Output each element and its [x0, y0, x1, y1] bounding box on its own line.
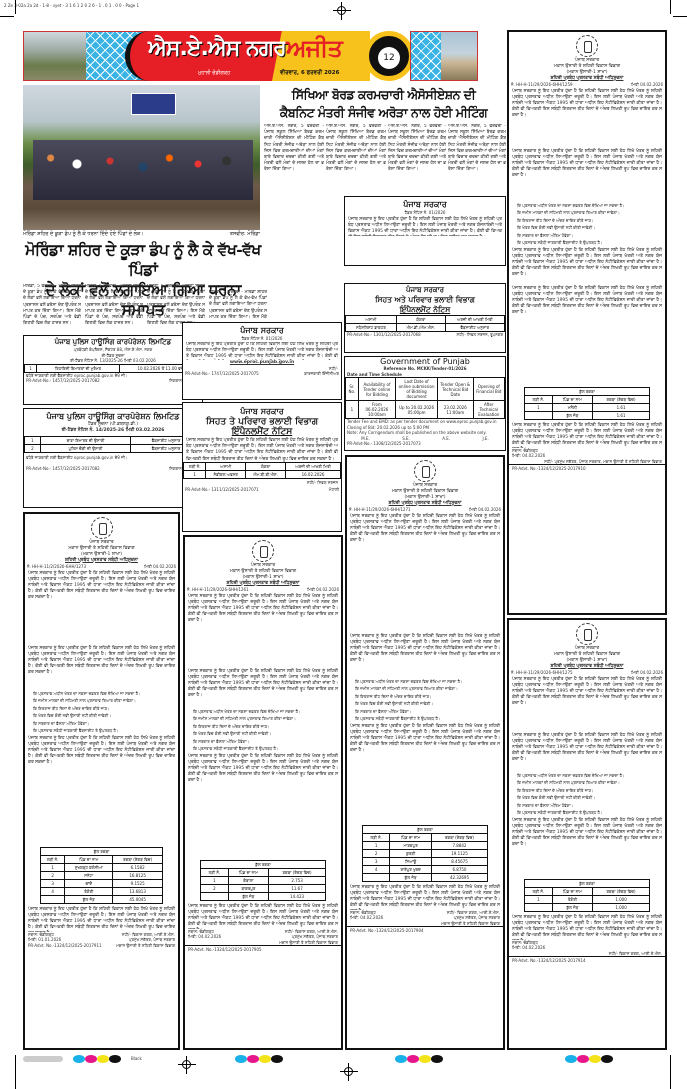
print-color-bar: [395, 1055, 443, 1063]
notice-body: ਪੰਜਾਬ ਸਰਕਾਰ ਨੂੰ ਇਹ ਪ੍ਰਤੀਤ ਹੁੰਦਾ ਹੈ ਕਿ ਸ਼…: [347, 884, 503, 910]
punjab-govt-emblem-icon: [576, 35, 598, 57]
acreage-table: ਕੁੱਲ ਰਕਬਾ ਲੜੀ ਨੰ.ਪਿੰਡ ਦਾ ਨਾਮਰਕਬਾ (ਏਕੜ ਵਿ…: [524, 387, 650, 420]
notice-table: ਲੜੀ ਨੰ.ਅਸਾਮੀਯੋਗਤਾਅਰਜ਼ੀ ਦੀ ਆਖਰੀ ਮਿਤੀ 1ਮੈਡ…: [183, 462, 341, 479]
list-item: ਕਿ ਪ੍ਰਸਤਾਵ ਸਬੰਧੀ ਜਾਣਕਾਰੀ ਵੈੱਬਸਾਈਟ ਤੇ ਉਪਲ…: [509, 809, 665, 817]
lead-story-body: ਮੋਰਿੰਡਾ, 5 ਫਰਵਰੀ - ਮੋਰਿੰਡਾ ਸ਼ਹਿਰ ਦੇ ਕੂੜਾ…: [147, 284, 205, 324]
notice-body: ਪੰਜਾਬ ਸਰਕਾਰ ਨੂੰ ਇਹ ਪ੍ਰਤੀਤ ਹੁੰਦਾ ਹੈ ਕਿ ਸ਼…: [25, 570, 178, 645]
table-cell: 1: [525, 895, 553, 903]
table-cell: 1: [201, 876, 229, 884]
registration-mark-icon: [178, 1056, 196, 1074]
page-number: 12: [378, 47, 400, 69]
notice-body: ਪੰਜਾਬ ਸਰਕਾਰ ਨੂੰ ਇਹ ਪ੍ਰਤੀਤ ਹੁੰਦਾ ਹੈ ਕਿ ਸ਼…: [509, 285, 665, 385]
crop-mark: [670, 1055, 671, 1089]
notice-health-dept-2: ਪੰਜਾਬ ਸਰਕਾਰ ਸਿਹਤ ਅਤੇ ਪਰਿਵਾਰ ਭਲਾਈ ਵਿਭਾਗ ਇ…: [344, 283, 506, 353]
table-header: ਲੜੀ ਨੰ.: [184, 463, 206, 471]
notice-land-acq-bottom-left: ਪੰਜਾਬ ਸਰਕਾਰ ਮਕਾਨ ਉਸਾਰੀ ਤੇ ਸ਼ਹਿਰੀ ਵਿਕਾਸ ਵ…: [23, 512, 180, 1050]
table-cell: 3: [363, 857, 390, 865]
registration-mark-icon: [340, 1063, 358, 1081]
table-header: Availability of Tender online for Biddin…: [358, 378, 395, 401]
list-item: ਕਿ ਪ੍ਰਸਤਾਵ ਅਧੀਨ ਖੇਤਰ ਦਾ ਨਕਸ਼ਾ ਦਫ਼ਤਰ ਵਿਚ …: [347, 678, 503, 686]
table-cell: 1.000: [593, 903, 650, 911]
print-color-bar: Black: [23, 1055, 142, 1063]
table-header: ਲੜੀ ਨੰ.: [201, 868, 229, 876]
list-item: ਕਿ ਪ੍ਰਸਤਾਵ ਅਧੀਨ ਖੇਤਰ ਦਾ ਨਕਸ਼ਾ ਦਫ਼ਤਰ ਵਿਚ …: [509, 202, 665, 210]
table-cell: ਤੰਗੋਰੀ: [65, 887, 113, 895]
acreage-table: ਕੁੱਲ ਰਕਬਾ ਲੜੀ ਨੰ.ਪਿੰਡ ਦਾ ਨਾਮਰਕਬਾ (ਏਕੜ ਵਿ…: [524, 879, 650, 912]
notice-table: Sr. No.Availability of Tender online for…: [345, 377, 505, 419]
adv-number: PR-Advt-No.- 1457/12/2025-2017082: [26, 378, 100, 384]
table-cell: 23.02.2026 11:00am: [438, 401, 474, 419]
list-item: ਕਿ ਪ੍ਰਸਤਾਵ ਸਬੰਧੀ ਜਾਣਕਾਰੀ ਵੈੱਬਸਾਈਟ ਤੇ ਉਪਲ…: [509, 239, 665, 247]
table-header: ਰਕਬਾ (ਏਕੜ ਵਿਚ): [593, 887, 650, 895]
table-cell: ਕੁਰੜੀ: [390, 849, 432, 857]
table-cell: 14.423: [269, 892, 326, 900]
table-cell: 1.000: [593, 895, 650, 903]
edition-subtitle: ਮੁਹਾਲੀ ਚੰਡੀਗੜ੍ਹ: [198, 70, 230, 76]
table-header: ਅਰਜ਼ੀ ਦੀ ਆਖਰੀ ਮਿਤੀ: [445, 316, 504, 324]
table-cell: 2: [201, 884, 229, 892]
list-item: ਕਿ ਇਤਰਾਜ਼ ਤੀਹ ਦਿਨਾਂ ਦੇ ਅੰਦਰ ਦਾਇਰ ਕੀਤੇ ਜਾ…: [185, 723, 341, 731]
table-cell: 42.32695: [431, 873, 487, 881]
list-item: ਕਿ ਖੇਤਰ ਵਿਚ ਕੋਈ ਨਵੀਂ ਉਸਾਰੀ ਨਹੀਂ ਕੀਤੀ ਜਾਵ…: [509, 224, 665, 232]
notice-title: ਪੰਜਾਬ ਸਰਕਾਰ: [345, 285, 505, 295]
table-cell: 1.61: [593, 403, 650, 411]
table-header: ਪਿੰਡ ਦਾ ਨਾਮ: [552, 887, 592, 895]
cmyk-swatches: [73, 1055, 121, 1063]
adv-number: PR-Advt-No.- 1457/12/2025-2017082: [26, 466, 100, 472]
list-item: ਕਿ ਜ਼ਮੀਨ ਮਾਲਕਾਂ ਦੀ ਸਹਿਮਤੀ ਨਾਲ ਪ੍ਰਸਤਾਵ ਤਿ…: [509, 209, 665, 217]
notice-body: ਪੰਜਾਬ ਸਰਕਾਰ ਨੂੰ ਇਹ ਪ੍ਰਤੀਤ ਹੁੰਦਾ ਹੈ ਕਿ ਸ਼…: [183, 437, 341, 462]
notice-ref: ਨੰ. HH-H-11/29/2026-6HH/1261: [187, 587, 249, 593]
second-headline-line-2: ਕੈਬਨਿਟ ਮੰਤਰੀ ਸੰਜੀਵ ਅਰੋੜਾ ਨਾਲ ਹੋਈ ਮੀਟਿੰਗ: [262, 104, 505, 122]
lead-headline-line-1: ਮੋਰਿੰਡਾ ਸ਼ਹਿਰ ਦੇ ਕੂੜਾ ਡੰਪ ਨੂੰ ਲੈ ਕੇ ਵੱਖ-…: [23, 240, 263, 280]
table-cell: ਰਾਏਪੁਰ ਖੁਰਦ: [390, 865, 432, 873]
acreage-table: ਕੁੱਲ ਰਕਬਾ ਲੜੀ ਨੰ.ਪਿੰਡ ਦਾ ਨਾਮਰਕਬਾ (ਏਕੜ ਵਿ…: [40, 847, 163, 904]
table-title: ਕੁੱਲ ਰਕਬਾ: [363, 825, 488, 833]
notice-date: ਮਿਤੀ 04.02.2026: [144, 564, 176, 570]
list-item: ਕਿ ਸਰਕਾਰ ਦਾ ਫ਼ੈਸਲਾ ਅੰਤਿਮ ਹੋਵੇਗਾ।: [185, 738, 341, 746]
table-cell: 8.45675: [431, 857, 487, 865]
table-cell: 4: [41, 887, 65, 895]
table-cell: ਵੈੱਬਸਾਈਟ ਅਨੁਸਾਰ: [445, 324, 504, 332]
table-cell: From 06.02.2026 10:00am: [358, 401, 395, 419]
adv-number: PR-Advt. No.-1324/12/2025-2017905: [185, 945, 341, 954]
second-story-body: ਐਸ.ਏ.ਐਸ. ਨਗਰ, 5 ਫਰਵਰੀ - ਪੰਜਾਬ ਸਕੂਲ ਸਿੱਖਿ…: [448, 124, 506, 194]
table-cell: 6.1582: [113, 863, 163, 871]
cyan-swatch: [73, 1055, 85, 1063]
table-cell: 1: [25, 437, 41, 445]
print-slug: 2 Ze 3-02a 2a 2d - 1-8 - syet - 3 1 6 1 …: [4, 3, 139, 8]
notice-body: ਪੰਜਾਬ ਸਰਕਾਰ ਨੂੰ ਇਹ ਪ੍ਰਤੀਤ ਹੁੰਦਾ ਹੈ ਕਿ ਸ਼…: [509, 817, 665, 877]
table-cell: 6.8750: [431, 865, 487, 873]
notice-table: 1ਥਾਣਾ ਇਮਾਰਤ ਦੀ ਉਸਾਰੀਵੈੱਬਸਾਈਟ ਅਨੁਸਾਰ 2ਪੁਲ…: [24, 436, 202, 453]
table-cell: ਕੰਬਾਲਾ: [228, 876, 268, 884]
notice-body: ਪੰਜਾਬ ਸਰਕਾਰ ਨੂੰ ਇਹ ਪ੍ਰਤੀਤ ਹੁੰਦਾ ਹੈ ਕਿ ਸ਼…: [183, 342, 341, 360]
table-cell: ਰਿਹਾਇਸ਼ੀ ਇਮਾਰਤਾਂ ਦੀ ਮੁਰੰਮਤ: [37, 364, 120, 372]
notice-body: ਪੰਜਾਬ ਸਰਕਾਰ ਨੂੰ ਇਹ ਪ੍ਰਤੀਤ ਹੁੰਦਾ ਹੈ ਕਿ ਸ਼…: [347, 513, 503, 633]
adv-number: PR-Advt. No.-1324/12/2025-2017910: [509, 464, 665, 473]
notice-date: ਮਿਤੀ 04.02.2026: [631, 670, 663, 676]
grey-bar: [23, 1056, 63, 1062]
notice-gov-punjab-tender: Government of Punjab Reference No. MCKK/…: [344, 356, 506, 451]
table-cell: ਮਾਣਕਪੁਰ: [390, 841, 432, 849]
signatory: J.E.: [482, 436, 488, 442]
notice-land-acq-bottom-right: ਪੰਜਾਬ ਸਰਕਾਰ ਮਕਾਨ ਉਸਾਰੀ ਤੇ ਸ਼ਹਿਰੀ ਵਿਕਾਸ ਵ…: [507, 618, 667, 1050]
table-cell: ਕੁੱਲ ਜੋੜ: [390, 873, 432, 881]
notice-land-acq-bottom-third: ਪੰਜਾਬ ਸਰਕਾਰ ਮਕਾਨ ਉਸਾਰੀ ਤੇ ਸ਼ਹਿਰੀ ਵਿਕਾਸ ਵ…: [345, 455, 505, 1050]
table-cell: 1: [525, 403, 553, 411]
notice-body: ਪੰਜਾਬ ਸਰਕਾਰ ਨੂੰ ਇਹ ਪ੍ਰਤੀਤ ਹੁੰਦਾ ਹੈ ਕਿ ਸ਼…: [347, 633, 503, 678]
list-item: ਕਿ ਸਰਕਾਰ ਦਾ ਫ਼ੈਸਲਾ ਅੰਤਿਮ ਹੋਵੇਗਾ।: [25, 720, 178, 728]
notice-dept: ਸਿਹਤ ਤੇ ਪਰਿਵਾਰ ਭਲਾਈ ਵਿਭਾਗ: [183, 417, 341, 427]
table-cell: 7.8842: [431, 841, 487, 849]
masthead-right-photo: [410, 31, 478, 81]
table-cell: After Technical Evaluation: [473, 401, 504, 419]
notice-body: ਪੰਜਾਬ ਸਰਕਾਰ ਨੂੰ ਇਹ ਪ੍ਰਤੀਤ ਹੁੰਦਾ ਹੈ ਕਿ ਸ਼…: [509, 914, 665, 940]
edition-title: ਐਸ.ਏ.ਐਸ ਨਗਰ: [148, 36, 286, 61]
list-item: ਕਿ ਸਰਕਾਰ ਦਾ ਫ਼ੈਸਲਾ ਅੰਤਿਮ ਹੋਵੇਗਾ।: [509, 232, 665, 240]
notice-title: ਪੰਜਾਬ ਸਰਕਾਰ: [183, 406, 341, 417]
table-cell: [41, 895, 65, 903]
table-cell: [525, 903, 553, 911]
color-bar-label: Black: [131, 1056, 142, 1062]
signatory: A.E.: [442, 436, 450, 442]
table-cell: 9.1525: [113, 879, 163, 887]
notice-phpc-1: ਪੰਜਾਬ ਪੁਲਿਸ ਹਾਊਸਿੰਗ ਕਾਰਪੋਰੇਸ਼ਨ ਲਿਮਟਿਡ ਪ੍…: [23, 335, 203, 405]
adv-number: PR-Advt-No.- 1308/12/2025-2017073: [345, 441, 505, 447]
notice-punjab-sarkar: ਪੰਜਾਬ ਸਰਕਾਰ ਟੈਂਡਰ ਨੋਟਿਸ ਨੰ. 01/2026 ਪੰਜਾ…: [182, 322, 342, 400]
list-item: ਕਿ ਇਤਰਾਜ਼ ਤੀਹ ਦਿਨਾਂ ਦੇ ਅੰਦਰ ਦਾਇਰ ਕੀਤੇ ਜਾ…: [509, 217, 665, 225]
table-cell: [363, 873, 390, 881]
notice-table: 1 ਰਿਹਾਇਸ਼ੀ ਇਮਾਰਤਾਂ ਦੀ ਮੁਰੰਮਤ 10.02.2026 …: [24, 364, 202, 373]
table-cell: 1: [25, 364, 37, 372]
table-header: ਲੜੀ ਨੰ.: [363, 833, 390, 841]
second-story-body: ਐਸ.ਏ.ਐਸ. ਨਗਰ, 5 ਫਰਵਰੀ - ਪੰਜਾਬ ਸਕੂਲ ਸਿੱਖਿ…: [388, 124, 446, 194]
signatory: ਮੋਹਾਲੀ: [329, 487, 339, 493]
punjab-govt-emblem-icon: [576, 623, 598, 645]
notice-ref: ਨੰ. HH-H-11/29/2026-6HH/1271: [349, 507, 411, 513]
notice-ref: ਈ-ਟੈਂਡਰ ਨੋਟਿਸ ਨੰ. 14/2025-26 ਮਿਤੀ 03.02.…: [24, 428, 202, 434]
notice-ref: ਨੰ. HH-H-11/29/2026-6HH/1259: [511, 82, 573, 88]
table-header: ਅਸਾਮੀ: [206, 463, 246, 471]
table-header: Last Date of online submission of Biddin…: [396, 378, 438, 401]
lead-story-body: ਮੋਰਿੰਡਾ, 5 ਫਰਵਰੀ - ਮੋਰਿੰਡਾ ਸ਼ਹਿਰ ਦੇ ਕੂੜਾ…: [209, 290, 267, 320]
punjab-govt-emblem-icon: [91, 517, 113, 539]
table-cell: ਮਨੌਲੀ: [552, 403, 592, 411]
photo-caption: ਮੋਰਿੰਡਾ ਸ਼ਹਿਰ ਦੇ ਕੂੜਾ ਡੰਪ ਨੂੰ ਲੈ ਕੇ ਧਰਨਾ…: [23, 231, 203, 237]
notice-body: ਪੰਜਾਬ ਸਰਕਾਰ ਨੂੰ ਇਹ ਪ੍ਰਤੀਤ ਹੁੰਦਾ ਹੈ ਕਿ ਸ਼…: [509, 676, 665, 732]
table-cell: ਤੰਗੋਰੀ: [552, 895, 592, 903]
notice-title: ਪੰਜਾਬ ਸਰਕਾਰ: [183, 325, 341, 336]
table-cell: 1: [41, 863, 65, 871]
issue-date: ਵੀਰਵਾਰ, 6 ਫਰਵਰੀ 2026: [280, 70, 339, 77]
photo-credit: ਤਸਵੀਰ: ਮੋਰਿੰਡਾ: [215, 231, 260, 237]
list-item: ਕਿ ਪ੍ਰਸਤਾਵ ਸਬੰਧੀ ਜਾਣਕਾਰੀ ਵੈੱਬਸਾਈਟ ਤੇ ਉਪਲ…: [347, 715, 503, 723]
notice-heading: ਇੰਪੈਨਲਮੈਂਟ ਨੋਟਿਸ: [345, 305, 505, 315]
table-header: Sr. No.: [346, 378, 359, 401]
table-cell: 2: [25, 445, 41, 453]
table-cell: 11.67: [269, 884, 326, 892]
second-headline: ਸਿੱਖਿਆ ਬੋਰਡ ਕਰਮਚਾਰੀ ਐਸੋਸੀਏਸ਼ਨ ਦੀ ਕੈਬਨਿਟ …: [262, 86, 505, 122]
notice-date: ਮਿਤੀ 04.02.2026: [307, 587, 339, 593]
magenta-swatch: [85, 1055, 97, 1063]
newspaper-brand-logo: ਅਜੀਤ: [286, 34, 342, 62]
crop-mark: [673, 16, 687, 17]
notice-title: Government of Punjab: [345, 357, 505, 366]
table-cell: ਐਮ.ਬੀ.ਬੀ.ਐਸ.: [246, 471, 286, 479]
table-header: Opening of Financial Bid: [473, 378, 504, 401]
table-cell: ਚਾਂਦੋਂ: [65, 879, 113, 887]
table-header: ਪਿੰਡ ਦਾ ਨਾਮ: [390, 833, 432, 841]
notice-health-dept-1: ਪੰਜਾਬ ਸਰਕਾਰ ਸਿਹਤ ਤੇ ਪਰਿਵਾਰ ਭਲਾਈ ਵਿਭਾਗ ਇੰ…: [182, 402, 342, 532]
list-item: ਕਿ ਖੇਤਰ ਵਿਚ ਕੋਈ ਨਵੀਂ ਉਸਾਰੀ ਨਹੀਂ ਕੀਤੀ ਜਾਵ…: [25, 712, 178, 720]
lead-story-photo: [23, 85, 260, 230]
list-item: ਕਿ ਸਰਕਾਰ ਦਾ ਫ਼ੈਸਲਾ ਅੰਤਿਮ ਹੋਵੇਗਾ।: [509, 802, 665, 810]
list-item: ਕਿ ਖੇਤਰ ਵਿਚ ਕੋਈ ਨਵੀਂ ਉਸਾਰੀ ਨਹੀਂ ਕੀਤੀ ਜਾਵ…: [509, 794, 665, 802]
notice-body: ਪੰਜਾਬ ਸਰਕਾਰ ਨੂੰ ਇਹ ਪ੍ਰਤੀਤ ਹੁੰਦਾ ਹੈ ਕਿ ਸ਼…: [185, 903, 341, 929]
second-headline-line-1: ਸਿੱਖਿਆ ਬੋਰਡ ਕਰਮਚਾਰੀ ਐਸੋਸੀਏਸ਼ਨ ਦੀ: [262, 86, 505, 104]
adv-number: PR-Advt-No.- 1747/12/2025-2017075: [185, 371, 259, 377]
crop-mark: [15, 0, 16, 14]
table-title: ਕੁੱਲ ਰਕਬਾ: [41, 847, 163, 855]
signatory-title: ਪ੍ਰਮੁੱਖ ਸਕੱਤਰ, ਪੰਜਾਬ ਸਰਕਾਰ: [454, 915, 500, 921]
table-header: ਪਿੰਡ ਦਾ ਨਾਮ: [65, 855, 113, 863]
table-cell: [201, 892, 229, 900]
table-header: ਪਿੰਡ ਦਾ ਨਾਮ: [228, 868, 268, 876]
signatory-title: ਪ੍ਰਮੁੱਖ ਸਕੱਤਰ, ਪੰਜਾਬ ਸਰਕਾਰ: [292, 934, 338, 940]
table-header: ਰਕਬਾ (ਏਕੜ ਵਿਚ): [593, 395, 650, 403]
table-cell: [525, 411, 553, 419]
notice-body: ਪੰਜਾਬ ਸਰਕਾਰ ਨੂੰ ਇਹ ਪ੍ਰਤੀਤ ਹੁੰਦਾ ਹੈ ਕਿ ਸ਼…: [509, 732, 665, 772]
table-cell: ਕੁੱਲ ਜੋੜ: [228, 892, 268, 900]
table-header: ਲੜੀ ਨੰ.: [41, 855, 65, 863]
notice-ref: ਨੰ. HH-H-11/2/2026-6HH/1273: [27, 564, 86, 570]
punjab-govt-emblem-icon: [252, 540, 274, 562]
table-cell: 16.02.2026: [286, 471, 341, 479]
adv-number: PR-Advt-No.- 1311/12/2025-2017071: [185, 487, 259, 493]
list-item: ਕਿ ਇਤਰਾਜ਼ ਤੀਹ ਦਿਨਾਂ ਦੇ ਅੰਦਰ ਦਾਇਰ ਕੀਤੇ ਜਾ…: [347, 693, 503, 701]
notice-body: ਪੰਜਾਬ ਸਰਕਾਰ ਨੂੰ ਇਹ ਪ੍ਰਤੀਤ ਹੁੰਦਾ ਹੈ ਕਿ ਸ਼…: [509, 422, 665, 448]
black-swatch: [109, 1055, 121, 1063]
table-header: Tender Open & Technical Bid Date: [438, 378, 474, 401]
list-item: ਕਿ ਇਤਰਾਜ਼ ਤੀਹ ਦਿਨਾਂ ਦੇ ਅੰਦਰ ਦਾਇਰ ਕੀਤੇ ਜਾ…: [509, 787, 665, 795]
crop-mark: [670, 0, 671, 14]
list-item: ਕਿ ਸਰਕਾਰ ਦਾ ਫ਼ੈਸਲਾ ਅੰਤਿਮ ਹੋਵੇਗਾ।: [347, 708, 503, 716]
notice-small-tender: ਪੰਜਾਬ ਸਰਕਾਰ ਟੈਂਡਰ ਨੋਟਿਸ ਨੰ. 01/2026 ਪੰਜਾ…: [344, 196, 506, 266]
print-color-bar: [565, 1055, 613, 1063]
signatory: ਸਹੀ/- ਸਿਵਲ ਸਰਜਨ, ਰੂਪਨਗਰ: [457, 332, 503, 338]
notice-table: ਅਸਾਮੀਯੋਗਤਾਅਰਜ਼ੀ ਦੀ ਆਖਰੀ ਮਿਤੀ ਸਪੈਸ਼ਲਿਸਟ ਡ…: [345, 315, 505, 332]
table-cell: ਥਾਣਾ ਇਮਾਰਤ ਦੀ ਉਸਾਰੀ: [40, 437, 130, 445]
notice-body: ਪੰਜਾਬ ਸਰਕਾਰ ਨੂੰ ਇਹ ਪ੍ਰਤੀਤ ਹੁੰਦਾ ਹੈ ਕਿ ਸ਼…: [509, 148, 665, 202]
notice-land-acq-bottom-mid: ਪੰਜਾਬ ਸਰਕਾਰ ਮਕਾਨ ਉਸਾਰੀ ਤੇ ਸ਼ਹਿਰੀ ਵਿਕਾਸ ਵ…: [183, 535, 343, 1050]
list-item: ਕਿ ਪ੍ਰਸਤਾਵ ਸਬੰਧੀ ਜਾਣਕਾਰੀ ਵੈੱਬਸਾਈਟ ਤੇ ਉਪਲ…: [25, 727, 178, 735]
table-cell: ਪੁਲਿਸ ਚੌਕੀ ਦੀ ਉਸਾਰੀ: [40, 445, 130, 453]
notice-body: ਪੰਜਾਬ ਸਰਕਾਰ ਨੂੰ ਇਹ ਪ੍ਰਤੀਤ ਹੁੰਦਾ ਹੈ ਕਿ ਸ਼…: [185, 753, 341, 858]
table-cell: 4: [363, 865, 390, 873]
table-title: ਕੁੱਲ ਰਕਬਾ: [525, 879, 650, 887]
signatory: ਕਾਰਜਕਾਰੀ ਇੰਜੀਨੀਅਰ: [304, 371, 339, 377]
list-item: ਕਿ ਜ਼ਮੀਨ ਮਾਲਕਾਂ ਦੀ ਸਹਿਮਤੀ ਨਾਲ ਪ੍ਰਸਤਾਵ ਤਿ…: [25, 697, 178, 705]
table-cell: ਸਨੇਟਾ: [65, 871, 113, 879]
table-title: ਕੁੱਲ ਰਕਬਾ: [201, 860, 326, 868]
notice-ref: ਨੰ. HH-H-11/29/2026-6HH/1275: [511, 670, 573, 676]
adv-number: PR-Advt. No.-1324/12/2025-2017911: [28, 943, 102, 949]
table-cell: 1: [346, 401, 359, 419]
date-footer: ਮਿਤੀ: 04.02.2026: [188, 934, 221, 940]
list-item: ਕਿ ਪ੍ਰਸਤਾਵ ਅਧੀਨ ਖੇਤਰ ਦਾ ਨਕਸ਼ਾ ਦਫ਼ਤਰ ਵਿਚ …: [25, 690, 178, 698]
table-cell: ਸਿਆਊ: [390, 857, 432, 865]
adv-number: PR-Advt. No.-1324/12/2025-2017914: [509, 956, 665, 965]
table-header: ਲੜੀ ਨੰ.: [525, 887, 553, 895]
notice-date: ਮਿਤੀ 04.02.2026: [469, 507, 501, 513]
table-cell: ਬਾਕਰਪੁਰ: [228, 884, 268, 892]
table-cell: ਕੁੱਲ ਜੋੜ: [552, 411, 592, 419]
list-item: ਕਿ ਇਤਰਾਜ਼ ਤੀਹ ਦਿਨਾਂ ਦੇ ਅੰਦਰ ਦਾਇਰ ਕੀਤੇ ਜਾ…: [25, 705, 178, 713]
table-cell: 2.753: [269, 876, 326, 884]
crop-mark: [0, 16, 14, 17]
table-header: ਲੜੀ ਨੰ.: [525, 395, 553, 403]
table-cell: 19.1125: [431, 849, 487, 857]
table-header: ਯੋਗਤਾ: [246, 463, 286, 471]
notice-body: ਪੰਜਾਬ ਸਰਕਾਰ ਨੂੰ ਇਹ ਪ੍ਰਤੀਤ ਹੁੰਦਾ ਹੈ ਕਿ ਸ਼…: [25, 906, 178, 932]
table-cell: ਕੁੱਲ ਜੋੜ: [552, 903, 592, 911]
notice-date: ਮਿਤੀ 04.02.2026: [631, 82, 663, 88]
second-story-body: ਐਸ.ਏ.ਐਸ. ਨਗਰ, 5 ਫਰਵਰੀ - ਪੰਜਾਬ ਸਕੂਲ ਸਿੱਖਿ…: [264, 124, 324, 244]
notice-body: ਪੰਜਾਬ ਸਰਕਾਰ ਨੂੰ ਇਹ ਪ੍ਰਤੀਤ ਹੁੰਦਾ ਹੈ ਕਿ ਸ਼…: [25, 735, 178, 845]
notice-body: ਪੰਜਾਬ ਸਰਕਾਰ ਨੂੰ ਇਹ ਪ੍ਰਤੀਤ ਹੁੰਦਾ ਹੈ ਕਿ ਸ਼…: [25, 645, 178, 690]
notice-body: ਪੰਜਾਬ ਸਰਕਾਰ ਨੂੰ ਇਹ ਪ੍ਰਤੀਤ ਹੁੰਦਾ ਹੈ ਕਿ ਸ਼…: [347, 723, 503, 823]
table-cell: 2: [41, 871, 65, 879]
punjab-govt-emblem-icon: [414, 460, 436, 482]
notice-body: ਪੰਜਾਬ ਸਰਕਾਰ ਨੂੰ ਇਹ ਪ੍ਰਤੀਤ ਹੁੰਦਾ ਹੈ ਕਿ ਸ਼…: [509, 88, 665, 148]
table-cell: ਮੈਡੀਕਲ ਅਫਸਰ: [206, 471, 246, 479]
notice-heading: ਇੰਪੈਨਲਮੈਂਟ ਨੋਟਿਸ: [183, 427, 341, 437]
table-cell: 1: [184, 471, 206, 479]
table-header: ਰਕਬਾ (ਏਕੜ ਵਿਚ): [431, 833, 487, 841]
table-header: ਰਕਬਾ (ਏਕੜ ਵਿਚ): [269, 868, 326, 876]
list-item: ਕਿ ਪ੍ਰਸਤਾਵ ਸਬੰਧੀ ਜਾਣਕਾਰੀ ਵੈੱਬਸਾਈਟ ਤੇ ਉਪਲ…: [185, 745, 341, 753]
table-cell: 16.8125: [113, 871, 163, 879]
table-cell: 1.61: [593, 411, 650, 419]
list-item: ਕਿ ਖੇਤਰ ਵਿਚ ਕੋਈ ਨਵੀਂ ਉਸਾਰੀ ਨਹੀਂ ਕੀਤੀ ਜਾਵ…: [347, 700, 503, 708]
signature: ਸਹੀ/- ਸਿਵਲ ਸਰਜਨ: [183, 479, 341, 487]
table-header: ਅਸਾਮੀ: [346, 316, 397, 324]
page-number-badge: 12: [364, 31, 414, 81]
list-item: ਕਿ ਜ਼ਮੀਨ ਮਾਲਕਾਂ ਦੀ ਸਹਿਮਤੀ ਨਾਲ ਪ੍ਰਸਤਾਵ ਤਿ…: [509, 779, 665, 787]
table-cell: ਸਪੈਸ਼ਲਿਸਟ ਡਾਕਟਰ: [346, 324, 397, 332]
print-color-bar: [235, 1055, 283, 1063]
table-cell: 1: [363, 841, 390, 849]
table-header: ਯੋਗਤਾ: [396, 316, 445, 324]
adv-number: PR-Advt. No.-1324/12/2025-2017904: [347, 926, 503, 935]
adv-number: PR-Advt-No.- 1301/12/2025-2017068: [347, 332, 421, 338]
list-item: ਕਿ ਪ੍ਰਸਤਾਵ ਅਧੀਨ ਖੇਤਰ ਦਾ ਨਕਸ਼ਾ ਦਫ਼ਤਰ ਵਿਚ …: [185, 708, 341, 716]
notice-dept: ਸਿਹਤ ਅਤੇ ਪਰਿਵਾਰ ਭਲਾਈ ਵਿਭਾਗ: [345, 295, 505, 305]
date-footer: ਮਿਤੀ: 04.02.2026: [350, 915, 383, 921]
notice-body: ਪੰਜਾਬ ਸਰਕਾਰ ਨੂੰ ਇਹ ਪ੍ਰਤੀਤ ਹੁੰਦਾ ਹੈ ਕਿ ਸ਼…: [185, 593, 341, 668]
table-cell: ਸੁਖਗੜ੍ਹ ਕਲੋਨੀਆਂ: [65, 863, 113, 871]
notice-phpc-2: ਪੰਜਾਬ ਪੁਲਿਸ ਹਾਊਸਿੰਗ ਕਾਰਪੋਰੇਸ਼ਨ ਲਿਮਟਿਡ ਟੈ…: [23, 408, 203, 508]
table-cell: 2: [363, 849, 390, 857]
acreage-table: ਕੁੱਲ ਰਕਬਾ ਲੜੀ ਨੰ.ਪਿੰਡ ਦਾ ਨਾਮਰਕਬਾ (ਏਕੜ ਵਿ…: [200, 860, 326, 901]
crop-mark: [15, 1055, 16, 1089]
table-title: ਕੁੱਲ ਰਕਬਾ: [525, 387, 650, 395]
table-cell: 13.6813: [113, 887, 163, 895]
list-item: ਕਿ ਖੇਤਰ ਵਿਚ ਕੋਈ ਨਵੀਂ ਉਸਾਰੀ ਨਹੀਂ ਕੀਤੀ ਜਾਵ…: [185, 730, 341, 738]
table-header: ਪਿੰਡ ਦਾ ਨਾਮ: [552, 395, 592, 403]
list-item: ਕਿ ਜ਼ਮੀਨ ਮਾਲਕਾਂ ਦੀ ਸਹਿਮਤੀ ਨਾਲ ਪ੍ਰਸਤਾਵ ਤਿ…: [185, 715, 341, 723]
list-item: ਕਿ ਜ਼ਮੀਨ ਮਾਲਕਾਂ ਦੀ ਸਹਿਮਤੀ ਨਾਲ ਪ੍ਰਸਤਾਵ ਤਿ…: [347, 685, 503, 693]
crowd-image: [33, 140, 253, 200]
registration-mark-icon: [333, 2, 351, 20]
table-cell: ਐਮ.ਡੀ./ਐਮ.ਐਸ.: [396, 324, 445, 332]
list-item: ਕਿ ਪ੍ਰਸਤਾਵ ਅਧੀਨ ਖੇਤਰ ਦਾ ਨਕਸ਼ਾ ਦਫ਼ਤਰ ਵਿਚ …: [509, 772, 665, 780]
yellow-swatch: [97, 1055, 109, 1063]
tender-note: Tender Fee and EMD: as per tender docume…: [345, 419, 505, 425]
table-cell: Up to 20.02.2026 05:00pm: [396, 401, 438, 419]
notice-body: ਪੰਜਾਬ ਸਰਕਾਰ ਨੂੰ ਇਹ ਪ੍ਰਤੀਤ ਹੁੰਦਾ ਹੈ ਕਿ ਸ਼…: [345, 216, 505, 236]
notice-land-acq-top-right: ਪੰਜਾਬ ਸਰਕਾਰ ਮਕਾਨ ਉਸਾਰੀ ਤੇ ਸ਼ਹਿਰੀ ਵਿਕਾਸ ਵ…: [507, 30, 667, 615]
protest-banner: [131, 93, 176, 115]
acreage-table: ਕੁੱਲ ਰਕਬਾ ਲੜੀ ਨੰ.ਪਿੰਡ ਦਾ ਨਾਮਰਕਬਾ (ਏਕੜ ਵਿ…: [362, 825, 488, 882]
notice-body: ਪੰਜਾਬ ਸਰਕਾਰ ਨੂੰ ਇਹ ਪ੍ਰਤੀਤ ਹੁੰਦਾ ਹੈ ਕਿ ਸ਼…: [509, 247, 665, 285]
table-header: ਅਰਜ਼ੀ ਦੀ ਆਖਰੀ ਮਿਤੀ: [286, 463, 341, 471]
table-cell: ਕੁੱਲ ਜੋੜ: [65, 895, 113, 903]
table-cell: 45.0045: [113, 895, 163, 903]
table-header: ਰਕਬਾ (ਏਕੜ ਵਿਚ): [113, 855, 163, 863]
notice-title: ਪੰਜਾਬ ਸਰਕਾਰ: [345, 199, 505, 210]
notice-title: ਪੰਜਾਬ ਪੁਲਿਸ ਹਾਊਸਿੰਗ ਕਾਰਪੋਰੇਸ਼ਨ ਲਿਮਟਿਡ: [24, 411, 202, 422]
notice-body: ਪੰਜਾਬ ਸਰਕਾਰ ਨੂੰ ਇਹ ਪ੍ਰਤੀਤ ਹੁੰਦਾ ਹੈ ਕਿ ਸ਼…: [185, 668, 341, 708]
table-cell: 3: [41, 879, 65, 887]
notice-title: ਪੰਜਾਬ ਪੁਲਿਸ ਹਾਊਸਿੰਗ ਕਾਰਪੋਰੇਸ਼ਨ ਲਿਮਟਿਡ: [24, 337, 202, 347]
dept-footer: ਮਕਾਨ ਉਸਾਰੀ ਤੇ ਸ਼ਹਿਰੀ ਵਿਕਾਸ ਵਿਭਾਗ: [116, 943, 175, 949]
